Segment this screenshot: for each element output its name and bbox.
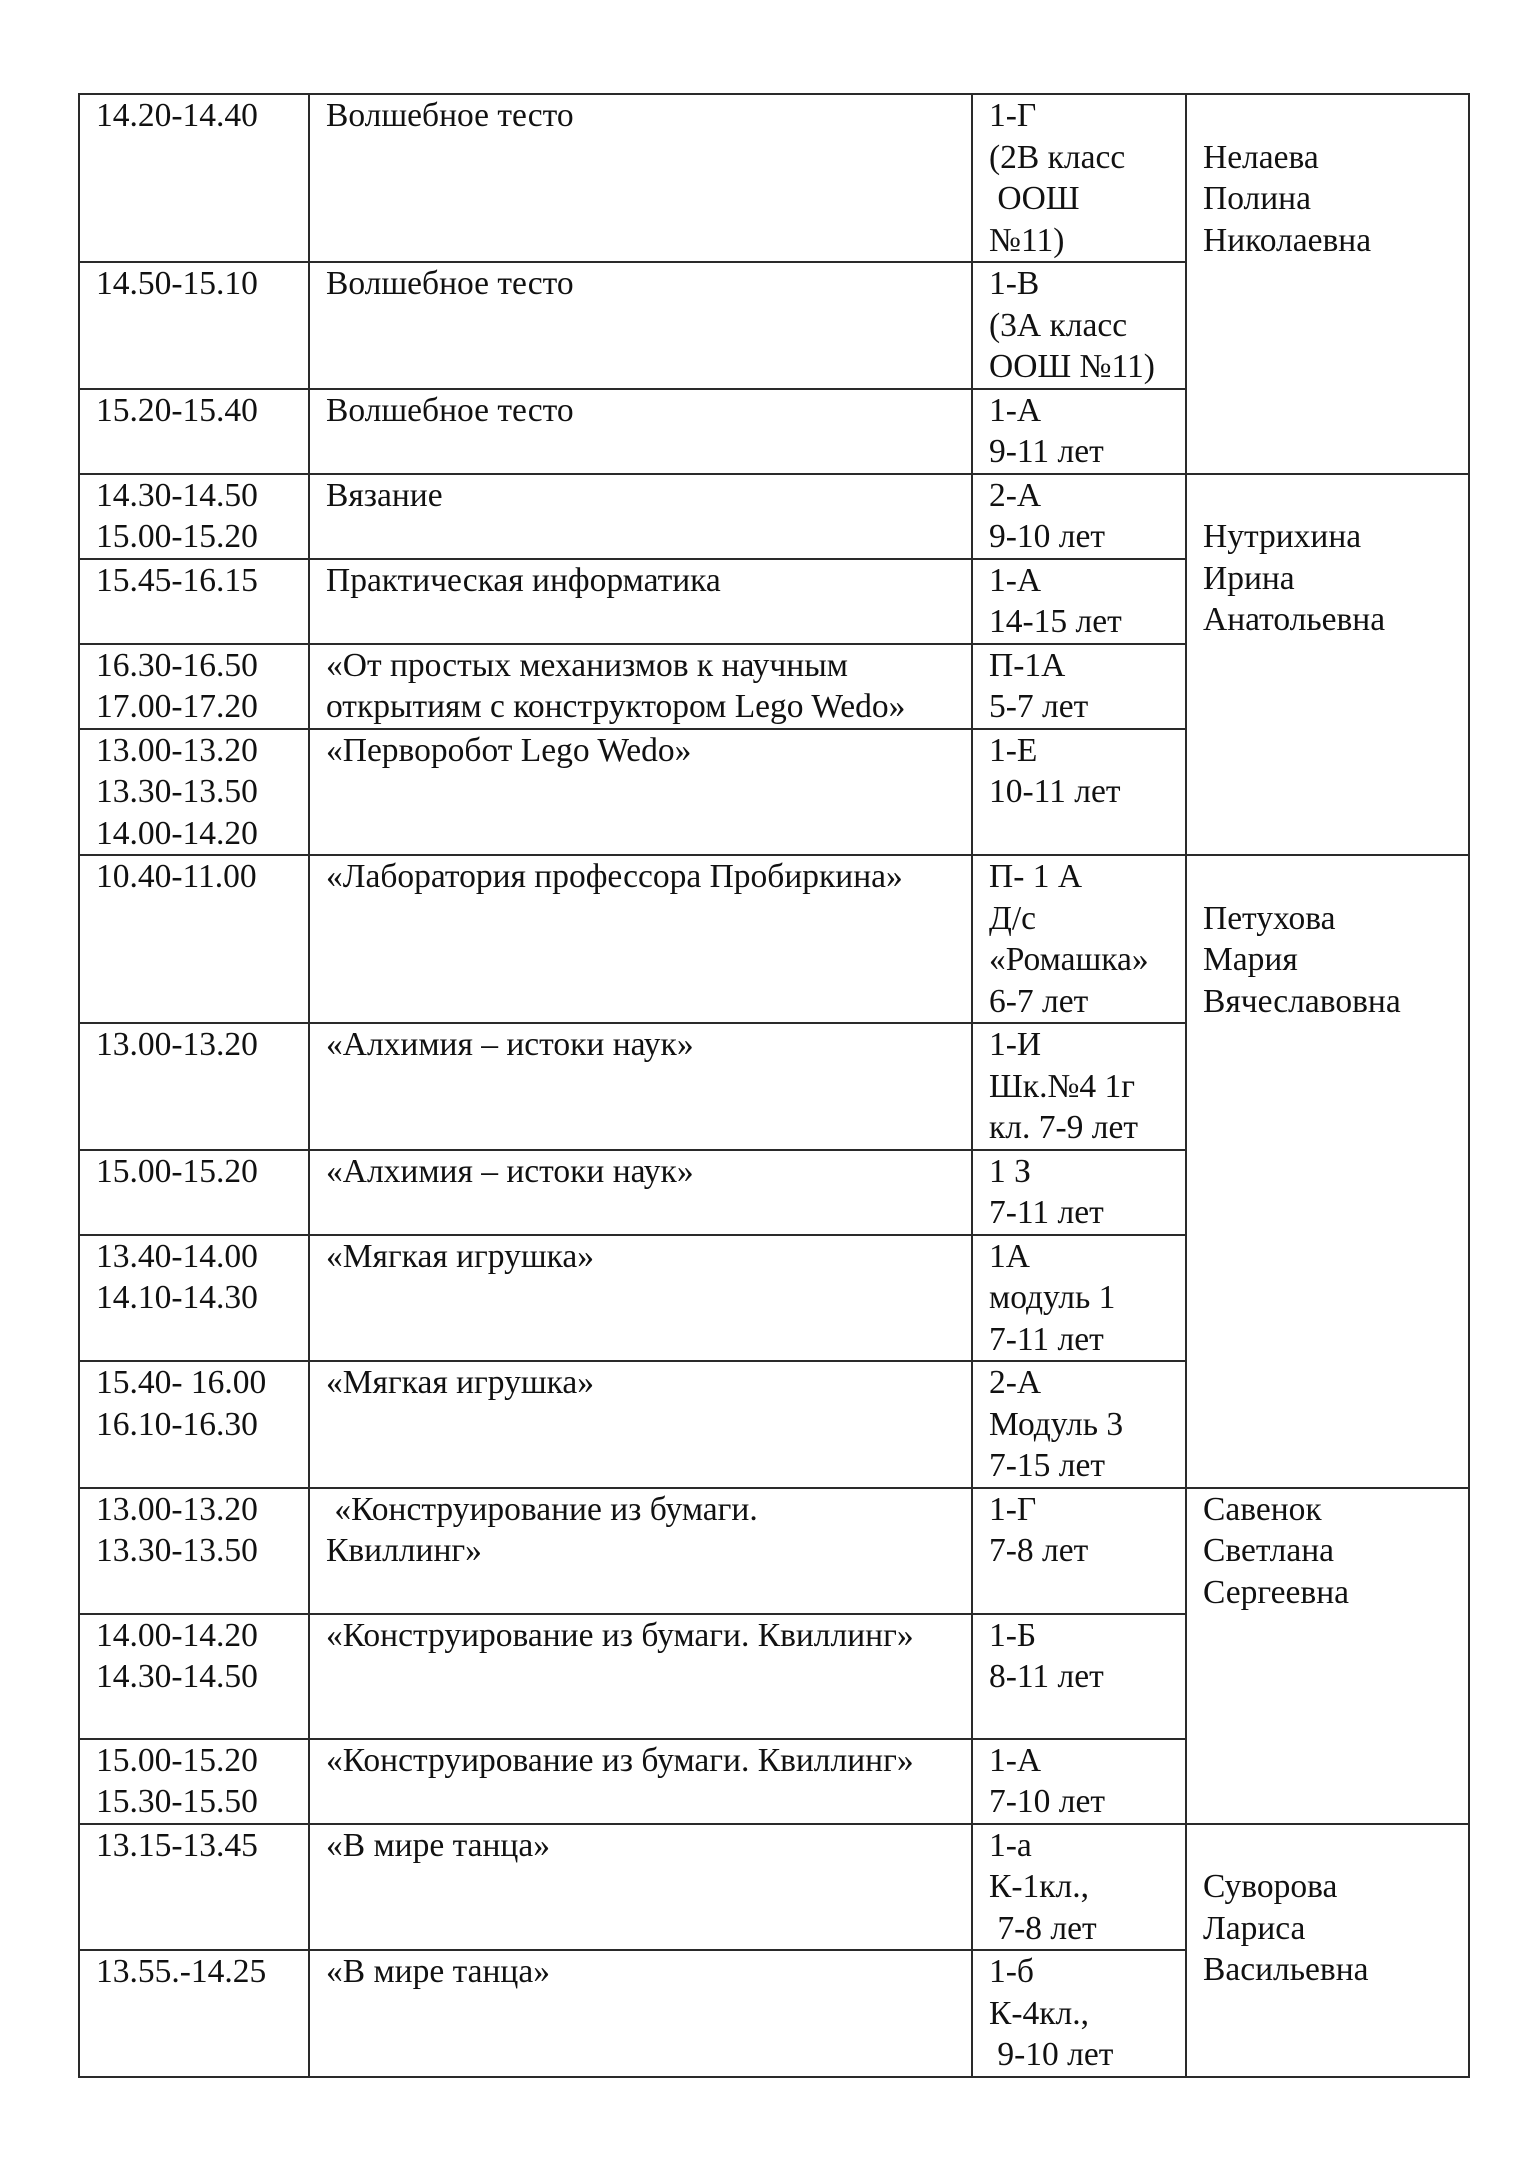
table-row: 10.40-11.00 «Лаборатория профессора Проб… (79, 855, 1469, 1023)
group-cell: 1-Г 7-8 лет (972, 1488, 1186, 1614)
time-cell: 14.30-14.50 15.00-15.20 (79, 474, 309, 559)
table-row: 13.15-13.45 «В мире танца» 1-а К-1кл., 7… (79, 1824, 1469, 1951)
table-row: 14.20-14.40 Волшебное тесто 1-Г (2В клас… (79, 94, 1469, 262)
time-cell: 13.00-13.20 13.30-13.50 14.00-14.20 (79, 729, 309, 856)
course-cell: Вязание (309, 474, 972, 559)
course-cell: Волшебное тесто (309, 389, 972, 474)
teacher-cell: Нелаева Полина Николаевна (1186, 94, 1469, 474)
time-cell: 14.00-14.20 14.30-14.50 (79, 1614, 309, 1739)
schedule-table: 14.20-14.40 Волшебное тесто 1-Г (2В клас… (78, 93, 1470, 2078)
time-cell: 16.30-16.50 17.00-17.20 (79, 644, 309, 729)
group-cell: 1-В (3А класс ООШ №11) (972, 262, 1186, 389)
time-cell: 13.00-13.20 (79, 1023, 309, 1150)
time-cell: 15.40- 16.00 16.10-16.30 (79, 1361, 309, 1488)
time-cell: 13.15-13.45 (79, 1824, 309, 1951)
time-cell: 14.50-15.10 (79, 262, 309, 389)
group-cell: 1-Е 10-11 лет (972, 729, 1186, 856)
course-cell: «От простых механизмов к научным открыти… (309, 644, 972, 729)
teacher-cell: Савенок Светлана Сергеевна (1186, 1488, 1469, 1824)
group-cell: 1-А 14-15 лет (972, 559, 1186, 644)
teacher-cell: Суворова Лариса Васильевна (1186, 1824, 1469, 2077)
teacher-name: Нутрихина Ирина Анатольевна (1203, 475, 1458, 641)
teacher-name: Петухова Мария Вячеславовна (1203, 856, 1458, 1022)
document-page: 14.20-14.40 Волшебное тесто 1-Г (2В клас… (0, 0, 1527, 2160)
group-cell: 1-б К-4кл., 9-10 лет (972, 1950, 1186, 2077)
group-cell: 2-А 9-10 лет (972, 474, 1186, 559)
time-cell: 15.00-15.20 15.30-15.50 (79, 1739, 309, 1824)
group-cell: 1-Б 8-11 лет (972, 1614, 1186, 1739)
course-cell: «Алхимия – истоки наук» (309, 1023, 972, 1150)
time-cell: 13.55.-14.25 (79, 1950, 309, 2077)
course-cell: Практическая информатика (309, 559, 972, 644)
course-cell: «В мире танца» (309, 1824, 972, 1951)
time-cell: 10.40-11.00 (79, 855, 309, 1023)
time-cell: 15.20-15.40 (79, 389, 309, 474)
group-cell: 2-А Модуль 3 7-15 лет (972, 1361, 1186, 1488)
course-cell: «Конструирование из бумаги. Квиллинг» (309, 1614, 972, 1739)
course-cell: «Конструирование из бумаги. Квиллинг» (309, 1739, 972, 1824)
teacher-cell: Нутрихина Ирина Анатольевна (1186, 474, 1469, 856)
course-cell: «Мягкая игрушка» (309, 1361, 972, 1488)
time-cell: 15.00-15.20 (79, 1150, 309, 1235)
course-cell: Волшебное тесто (309, 262, 972, 389)
course-cell: «В мире танца» (309, 1950, 972, 2077)
group-cell: 1-а К-1кл., 7-8 лет (972, 1824, 1186, 1951)
group-cell: 1-Г (2В класс ООШ №11) (972, 94, 1186, 262)
teacher-name: Суворова Лариса Васильевна (1203, 1825, 1458, 1991)
time-cell: 13.00-13.20 13.30-13.50 (79, 1488, 309, 1614)
course-cell: «Алхимия – истоки наук» (309, 1150, 972, 1235)
course-cell: Волшебное тесто (309, 94, 972, 262)
table-row: 13.00-13.20 13.30-13.50 «Конструирование… (79, 1488, 1469, 1614)
course-cell: «Конструирование из бумаги. Квиллинг» (309, 1488, 972, 1614)
group-cell: 1-А 9-11 лет (972, 389, 1186, 474)
group-cell: 1 З 7-11 лет (972, 1150, 1186, 1235)
course-cell: «Мягкая игрушка» (309, 1235, 972, 1362)
group-cell: П- 1 А Д/с «Ромашка» 6-7 лет (972, 855, 1186, 1023)
table-row: 14.30-14.50 15.00-15.20 Вязание 2-А 9-10… (79, 474, 1469, 559)
group-cell: 1-И Шк.№4 1г кл. 7-9 лет (972, 1023, 1186, 1150)
teacher-cell: Петухова Мария Вячеславовна (1186, 855, 1469, 1488)
teacher-name: Савенок Светлана Сергеевна (1203, 1489, 1458, 1614)
course-cell: «Перворобот Lego Wedo» (309, 729, 972, 856)
time-cell: 15.45-16.15 (79, 559, 309, 644)
group-cell: 1-А 7-10 лет (972, 1739, 1186, 1824)
group-cell: 1А модуль 1 7-11 лет (972, 1235, 1186, 1362)
time-cell: 13.40-14.00 14.10-14.30 (79, 1235, 309, 1362)
group-cell: П-1А 5-7 лет (972, 644, 1186, 729)
time-cell: 14.20-14.40 (79, 94, 309, 262)
course-cell: «Лаборатория профессора Пробиркина» (309, 855, 972, 1023)
teacher-name: Нелаева Полина Николаевна (1203, 95, 1458, 261)
